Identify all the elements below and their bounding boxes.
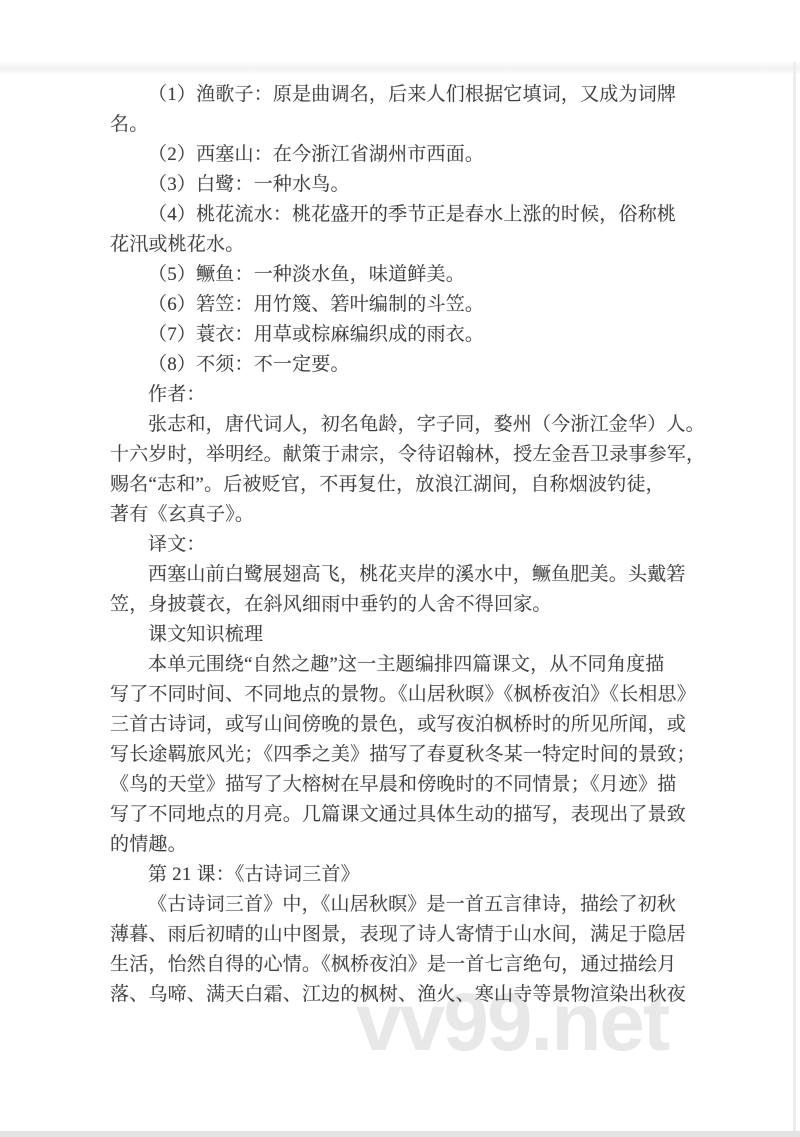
text-line: 著有《玄真子》。 [110, 500, 695, 530]
text-line: 写了不同地点的月亮。几篇课文通过具体生动的描写，表现出了景致 [110, 800, 695, 830]
text-line: 作者： [110, 380, 695, 410]
text-line: 第 21 课：《古诗词三首》 [110, 860, 695, 890]
text-line: 笠，身披蓑衣，在斜风细雨中垂钓的人舍不得回家。 [110, 590, 695, 620]
text-line: 《古诗词三首》中，《山居秋暝》是一首五言律诗，描绘了初秋 [110, 890, 695, 920]
text-line: 生活，怡然自得的心情。《枫桥夜泊》是一首七言绝句，通过描绘月 [110, 950, 695, 980]
text-line: （7）蓑衣：用草或棕麻编织成的雨衣。 [110, 320, 695, 350]
text-line: （1）渔歌子：原是曲调名，后来人们根据它填词，又成为词牌 [110, 80, 695, 110]
text-line: 《鸟的天堂》描写了大榕树在早晨和傍晚时的不同情景；《月迹》描 [110, 770, 695, 800]
text-line: 落、乌啼、满天白霜、江边的枫树、渔火、寒山寺等景物渲染出秋夜 [110, 980, 695, 1010]
text-line: 名。 [110, 110, 695, 140]
text-line: （2）西塞山：在今浙江省湖州市西面。 [110, 140, 695, 170]
text-line: 译文： [110, 530, 695, 560]
text-line: 写了不同时间、不同地点的景物。《山居秋暝》《枫桥夜泊》《长相思》 [110, 680, 695, 710]
text-line: （3）白鹭：一种水鸟。 [110, 170, 695, 200]
text-line: 十六岁时，举明经。献策于肃宗，令待诏翰林，授左金吾卫录事参军， [110, 440, 695, 470]
page-bottom-edge [0, 1131, 800, 1137]
page-right-edge [793, 62, 796, 1131]
document-viewer: vv99.net （1）渔歌子：原是曲调名，后来人们根据它填词，又成为词牌名。（… [0, 0, 800, 1137]
text-line: 课文知识梳理 [110, 620, 695, 650]
text-line: 花汛或桃花水。 [110, 230, 695, 260]
text-line: （8）不须：不一定要。 [110, 350, 695, 380]
text-line: 写长途羁旅风光；《四季之美》描写了春夏秋冬某一特定时间的景致； [110, 740, 695, 770]
text-line: （5）鳜鱼：一种淡水鱼，味道鲜美。 [110, 260, 695, 290]
document-text: （1）渔歌子：原是曲调名，后来人们根据它填词，又成为词牌名。（2）西塞山：在今浙… [110, 80, 695, 1010]
text-line: （4）桃花流水：桃花盛开的季节正是春水上涨的时候，俗称桃 [110, 200, 695, 230]
text-line: 张志和，唐代词人，初名龟龄，字子同，婺州（今浙江金华）人。 [110, 410, 695, 440]
page-top-separator [0, 62, 800, 74]
text-line: 三首古诗词，或写山间傍晚的景色，或写夜泊枫桥时的所见所闻，或 [110, 710, 695, 740]
text-line: 的情趣。 [110, 830, 695, 860]
text-line: 薄暮、雨后初晴的山中图景，表现了诗人寄情于山水间，满足于隐居 [110, 920, 695, 950]
text-line: 本单元围绕“自然之趣”这一主题编排四篇课文，从不同角度描 [110, 650, 695, 680]
text-line: 西塞山前白鹭展翅高飞，桃花夹岸的溪水中，鳜鱼肥美。头戴箬 [110, 560, 695, 590]
text-line: （6）箬笠：用竹篾、箬叶编制的斗笠。 [110, 290, 695, 320]
text-line: 赐名“志和”。后被贬官，不再复仕，放浪江湖间，自称烟波钓徒， [110, 470, 695, 500]
